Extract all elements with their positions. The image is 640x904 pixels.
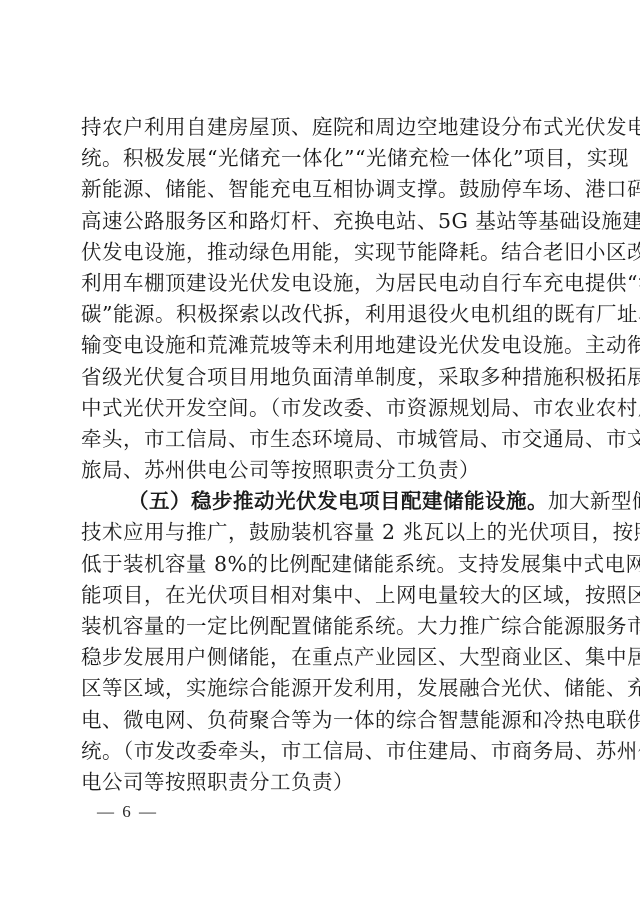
document-body: 持农户利用自建房屋顶、庭院和周边空地建设分布式光伏发电系 统。积极发展“光储充一… — [81, 112, 559, 798]
text-line: 统。（市发改委牵头，市工信局、市住建局、市商务局、苏州供 — [81, 736, 559, 767]
text-line: 省级光伏复合项目用地负面清单制度，采取多种措施积极拓展集 — [81, 362, 559, 393]
section-heading: （五）稳步推动光伏发电项目配建储能设施。 — [128, 489, 548, 513]
text-line: 电公司等按照职责分工负责） — [81, 767, 559, 798]
text-line: 稳步发展用户侧储能，在重点产业园区、大型商业区、集中居住 — [81, 642, 559, 673]
text-line: 新能源、储能、智能充电互相协调支撑。鼓励停车场、港口码头、 — [81, 174, 559, 205]
text-line: 高速公路服务区和路灯杆、充换电站、5G 基站等基础设施建设光 — [81, 206, 559, 237]
text-line: 电、微电网、负荷聚合等为一体的综合智慧能源和冷热电联供系 — [81, 705, 559, 736]
text-line: 能项目，在光伏项目相对集中、上网电量较大的区域，按照区域 — [81, 580, 559, 611]
section-heading-line: （五）稳步推动光伏发电项目配建储能设施。加大新型储能 — [81, 486, 559, 517]
text-line: 区等区域，实施综合能源开发利用，发展融合光伏、储能、充换 — [81, 673, 559, 704]
section-first-line-text: 加大新型储能 — [548, 489, 640, 513]
text-line: 牵头，市工信局、市生态环境局、市城管局、市交通局、市文广 — [81, 424, 559, 455]
text-line: 利用车棚顶建设光伏发电设施，为居民电动自行车充电提供“零 — [81, 268, 559, 299]
document-page: 持农户利用自建房屋顶、庭院和周边空地建设分布式光伏发电系 统。积极发展“光储充一… — [0, 0, 640, 904]
text-line: 装机容量的一定比例配置储能系统。大力推广综合能源服务市场， — [81, 611, 559, 642]
text-line: 中式光伏开发空间。（市发改委、市资源规划局、市农业农村局 — [81, 393, 559, 424]
page-number: — 6 — — [97, 800, 158, 824]
text-line: 低于装机容量 8%的比例配建储能系统。支持发展集中式电网侧储 — [81, 549, 559, 580]
text-line: 技术应用与推广，鼓励装机容量 2 兆瓦以上的光伏项目，按照不 — [81, 517, 559, 548]
text-line: 碳”能源。积极探索以改代拆，利用退役火电机组的既有厂址、 — [81, 299, 559, 330]
text-line: 统。积极发展“光储充一体化”“光储充检一体化”项目，实现 — [81, 143, 559, 174]
text-line: 输变电设施和荒滩荒坡等未利用地建设光伏发电设施。主动衔接 — [81, 330, 559, 361]
text-line: 旅局、苏州供电公司等按照职责分工负责） — [81, 455, 559, 486]
text-line: 伏发电设施，推动绿色用能，实现节能降耗。结合老旧小区改造， — [81, 237, 559, 268]
text-line: 持农户利用自建房屋顶、庭院和周边空地建设分布式光伏发电系 — [81, 112, 559, 143]
